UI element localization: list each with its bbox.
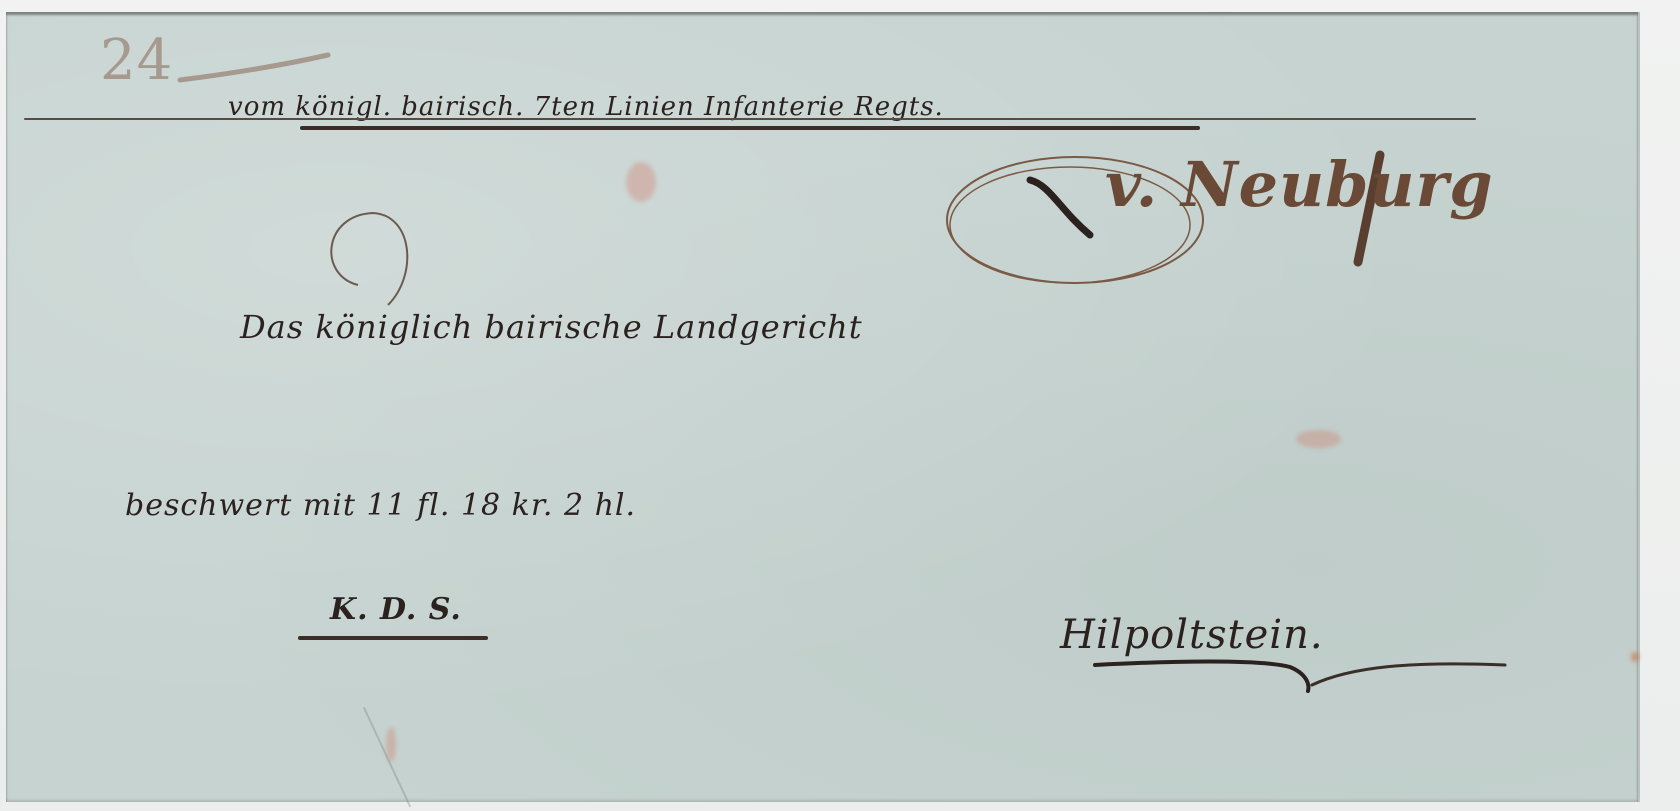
sender-underline-heavy: [300, 126, 1200, 130]
address-line-2: beschwert mit 11 fl. 18 kr. 2 hl.: [125, 488, 636, 523]
service-mark-underline: [298, 636, 488, 640]
rust-spot: [1631, 652, 1639, 662]
destination-underline: [1090, 655, 1510, 695]
pencil-stroke: [180, 50, 330, 90]
red-stain: [386, 727, 396, 762]
red-stain: [1296, 430, 1341, 448]
service-mark: K. D. S.: [330, 592, 462, 627]
postmark-town: v. Neuburg: [1105, 148, 1494, 221]
destination-town: Hilpoltstein.: [1060, 612, 1324, 658]
address-line-1: Das königlich bairische Landgericht: [240, 308, 863, 346]
sender-underline: [24, 118, 1476, 120]
pencil-annotation: 24: [100, 28, 173, 93]
red-stain: [626, 162, 656, 202]
address-flourish: [318, 205, 418, 305]
